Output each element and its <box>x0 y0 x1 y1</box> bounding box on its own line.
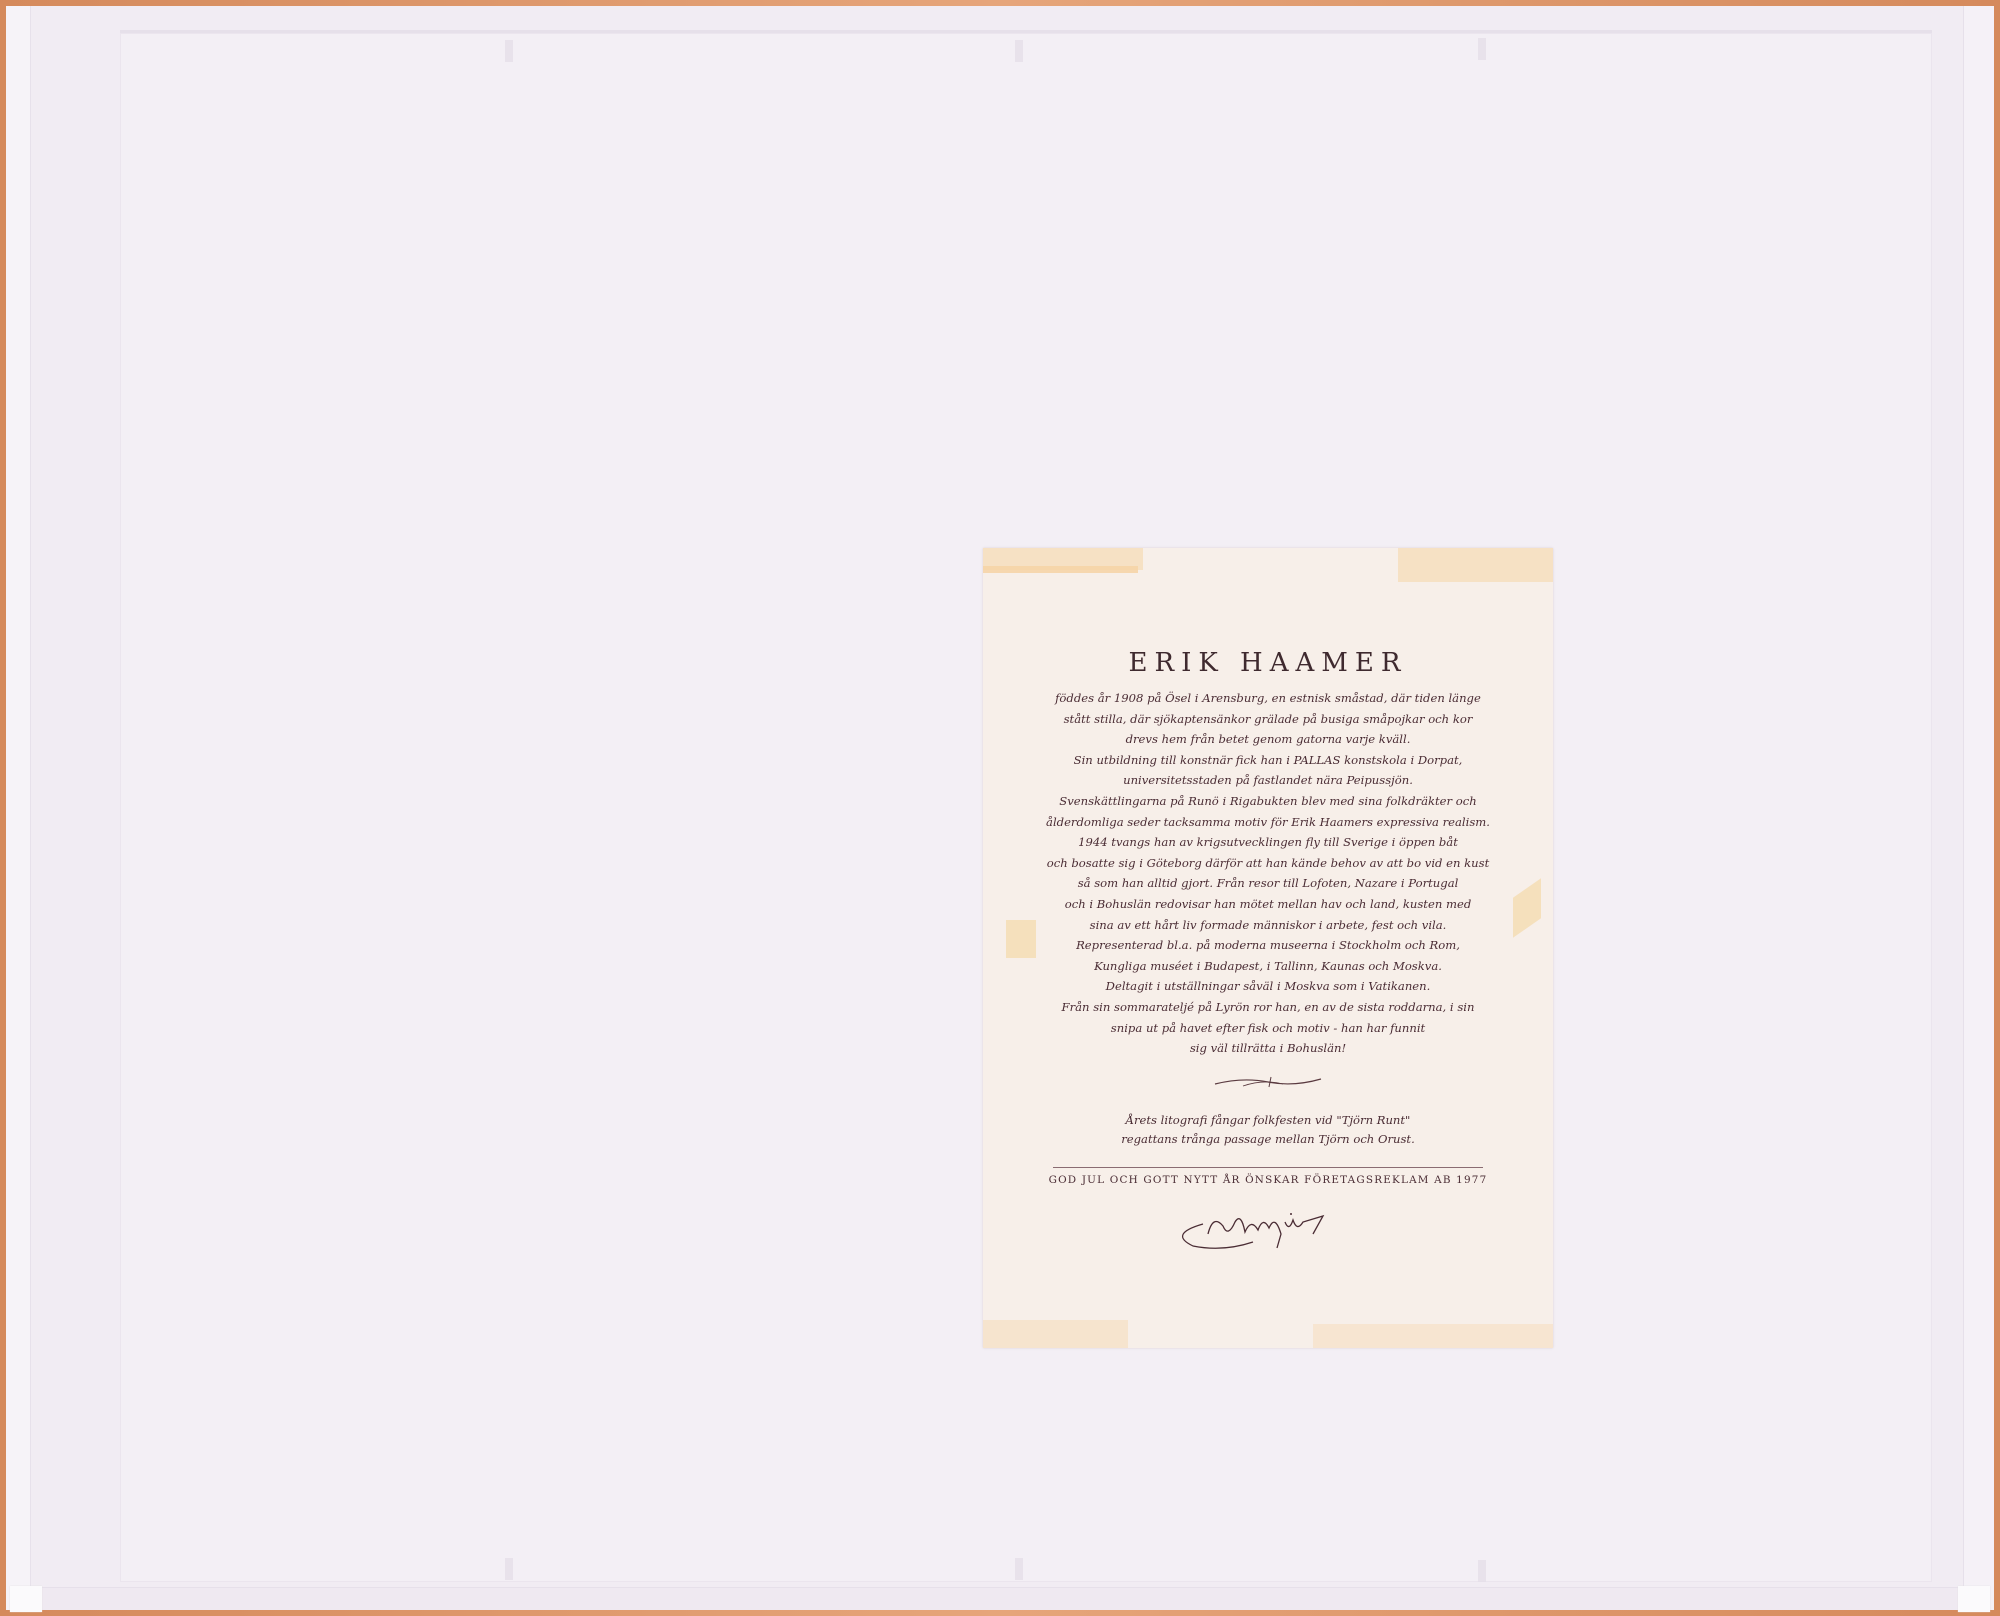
tape-mark <box>1015 40 1023 62</box>
bio-line: Representerad bl.a. på moderna museerna … <box>983 935 1553 956</box>
divider-rule <box>1053 1167 1483 1168</box>
flourish-ornament <box>1213 1075 1323 1089</box>
bio-line: Sin utbildning till konstnär fick han i … <box>983 750 1553 771</box>
bio-line: universitetsstaden på fastlandet nära Pe… <box>983 770 1553 791</box>
tape-mark <box>505 1558 513 1580</box>
bio-line: Från sin sommarateljé på Lyrön ror han, … <box>983 997 1553 1018</box>
bio-line: Kungliga muséet i Budapest, i Tallinn, K… <box>983 956 1553 977</box>
bio-line: så som han alltid gjort. Från resor till… <box>983 873 1553 894</box>
bio-line: ålderdomliga seder tacksamma motiv för E… <box>983 812 1553 833</box>
bio-line: Deltagit i utställningar såväl i Moskva … <box>983 976 1553 997</box>
backing-edge-left <box>6 6 31 1610</box>
bio-line: föddes år 1908 på Ösel i Arensburg, en e… <box>983 688 1553 709</box>
calligraphy-label: ERIK HAAMER föddes år 1908 på Ösel i Are… <box>983 548 1553 1348</box>
tape-strip <box>1398 548 1553 582</box>
backing-edge-bottom <box>30 1587 1964 1610</box>
corner-tape <box>10 1586 42 1612</box>
lithograph-caption: Årets litografi fångar folkfesten vid "T… <box>983 1111 1553 1149</box>
tape-strip <box>983 1320 1128 1348</box>
tape-mark <box>1478 1560 1486 1582</box>
corner-tape <box>1958 1586 1990 1612</box>
tape-mark <box>505 40 513 62</box>
caption-line: regattans trånga passage mellan Tjörn oc… <box>983 1130 1553 1149</box>
tape-strip <box>1313 1324 1553 1348</box>
bio-line: och bosatte sig i Göteborg därför att ha… <box>983 853 1553 874</box>
bio-line: Svenskättlingarna på Runö i Rigabukten b… <box>983 791 1553 812</box>
signature <box>1163 1204 1373 1254</box>
season-greeting: GOD JUL OCH GOTT NYTT ÅR ÖNSKAR FÖRETAGS… <box>983 1174 1553 1186</box>
bio-line: sina av ett hårt liv formade människor i… <box>983 915 1553 936</box>
bio-line: snipa ut på havet efter fisk och motiv -… <box>983 1018 1553 1039</box>
tape-mark <box>1478 38 1486 60</box>
artist-name: ERIK HAAMER <box>983 648 1553 678</box>
bio-line: sig väl tillrätta i Bohuslän! <box>983 1038 1553 1059</box>
artist-biography: föddes år 1908 på Ösel i Arensburg, en e… <box>983 688 1553 1059</box>
bio-line: och i Bohuslän redovisar han mötet mella… <box>983 894 1553 915</box>
backing-edge-right <box>1963 6 1994 1610</box>
bio-line: 1944 tvangs han av krigsutvecklingen fly… <box>983 832 1553 853</box>
bio-line: stått stilla, där sjökaptensänkor grälad… <box>983 709 1553 730</box>
bio-line: drevs hem från betet genom gatorna varje… <box>983 729 1553 750</box>
tape-strip <box>983 548 1143 570</box>
tape-mark <box>1015 1558 1023 1580</box>
caption-line: Årets litografi fångar folkfesten vid "T… <box>983 1111 1553 1130</box>
